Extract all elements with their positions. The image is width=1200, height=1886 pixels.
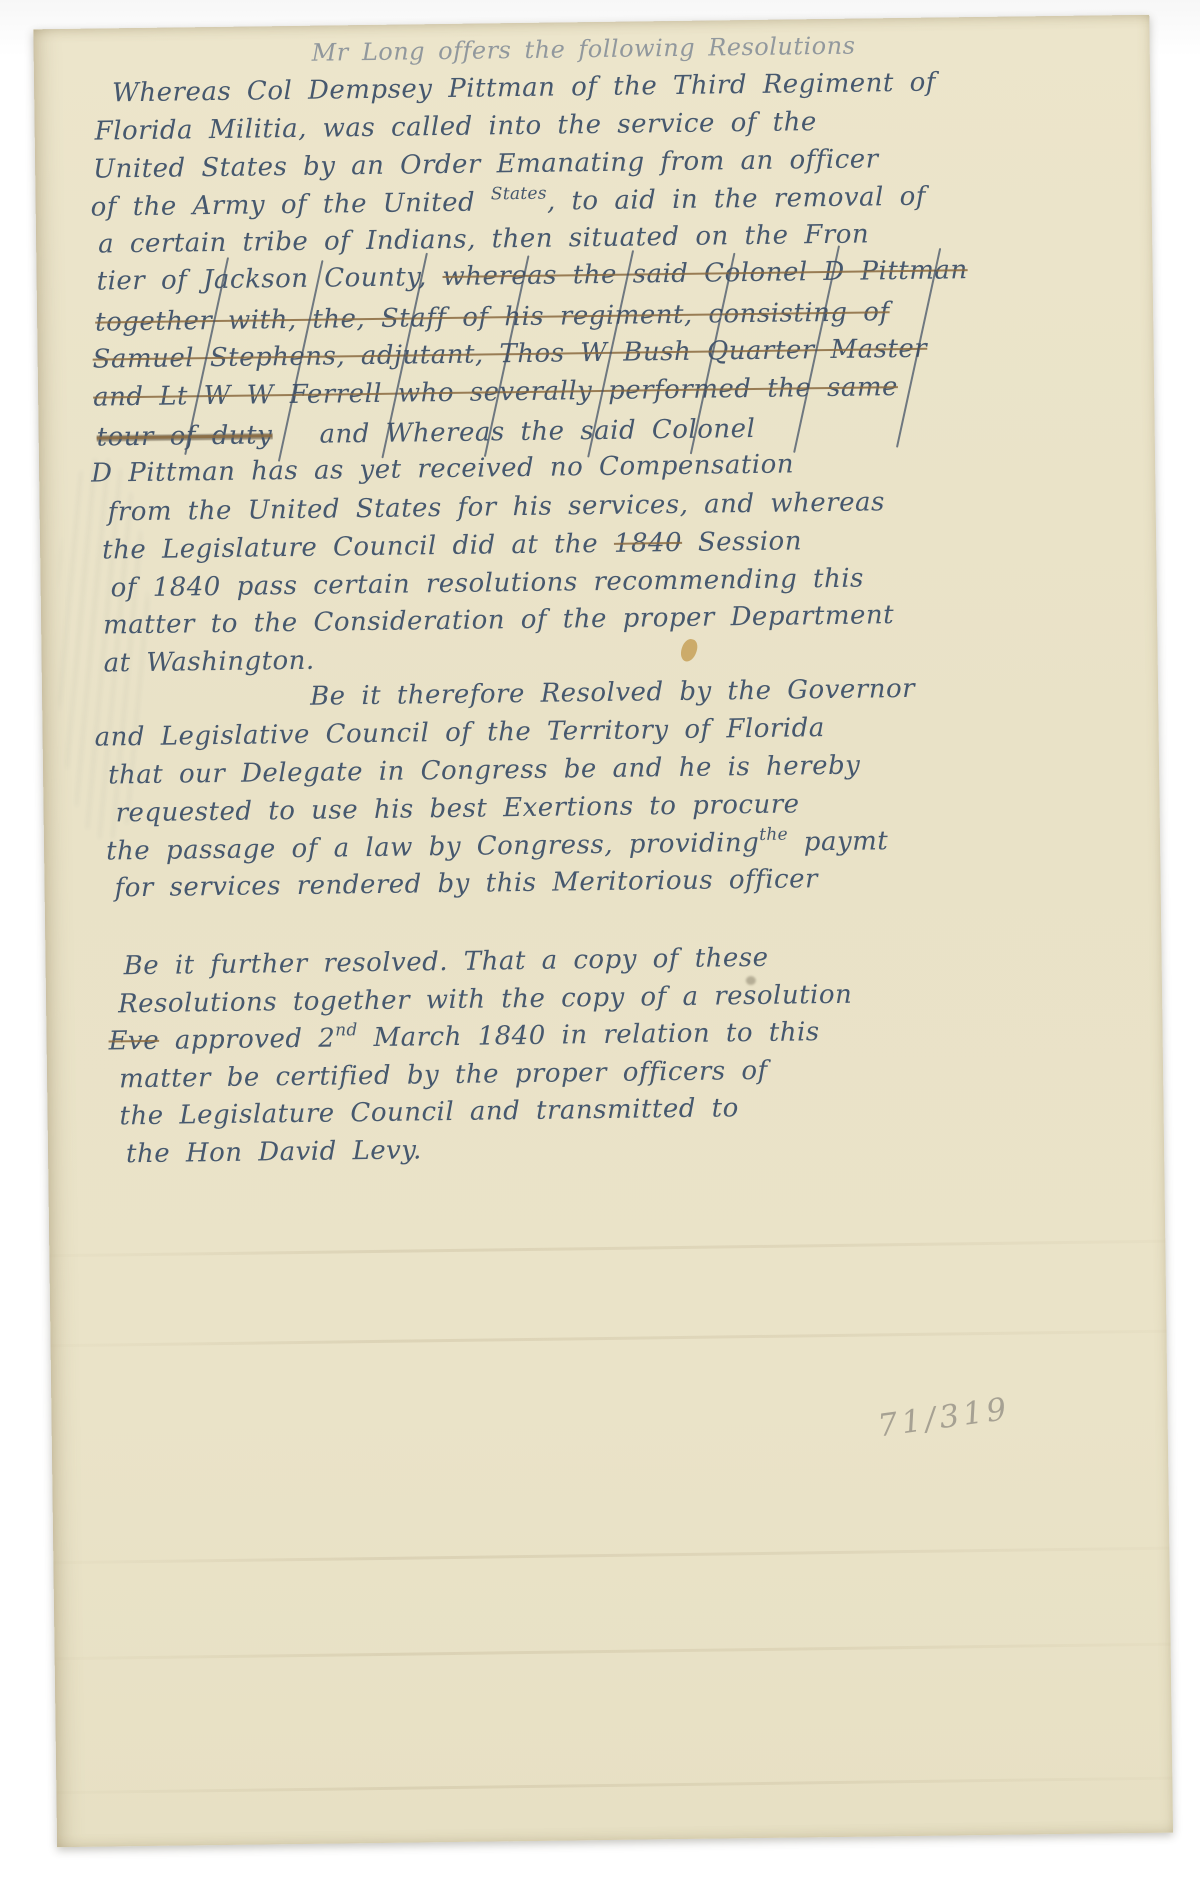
text-segment: , to aid in the removal of — [547, 182, 926, 217]
header-annotation: Mr Long offers the following Resolutions — [311, 29, 855, 70]
struck-text: Eve — [108, 1026, 159, 1057]
text-segment: the Legislature Council and transmitted … — [119, 1093, 739, 1131]
text-segment: the Legislature Council did at the — [102, 529, 614, 566]
handwritten-text-layer: Mr Long offers the following Resolutions… — [33, 15, 1173, 1847]
text-segment: D Pittman has as yet received no Compens… — [91, 449, 794, 488]
manuscript-line: matter to the Consideration of the prope… — [103, 598, 894, 642]
text-segment: Whereas Col Dempsey Pittman of the Third… — [112, 68, 936, 109]
text-segment: the Hon David Levy. — [126, 1135, 422, 1169]
text-segment: at Washington. — [103, 646, 314, 679]
manuscript-line: Florida Militia, was called into the ser… — [94, 105, 817, 148]
inserted-text: States — [491, 184, 547, 205]
manuscript-line: Whereas Col Dempsey Pittman of the Third… — [112, 66, 936, 111]
text-segment: matter be certified by the proper office… — [119, 1056, 768, 1094]
text-segment: Resolutions together with the copy of a … — [118, 980, 853, 1020]
manuscript-page: Mr Long offers the following Resolutions… — [33, 15, 1173, 1847]
text-segment: the passage of a law by Congress, provid… — [106, 828, 760, 867]
text-segment: from the United States for his services,… — [107, 487, 885, 527]
text-segment: United States by an Order Emanating from… — [93, 144, 879, 184]
manuscript-line: the Legislature Council did at the 1840 … — [102, 524, 802, 567]
text-segment: Session — [682, 526, 802, 558]
text-segment: requested to use his best Exertions to p… — [115, 789, 799, 828]
text-segment: and Whereas the said Colonel — [272, 414, 755, 450]
manuscript-line: of 1840 pass certain resolutions recomme… — [110, 562, 864, 606]
inserted-text: the — [759, 825, 788, 845]
manuscript-line: Be it therefore Resolved by the Governor — [310, 672, 915, 714]
text-segment: for services rendered by this Meritoriou… — [114, 864, 818, 903]
text-segment: and Legislative Council of the Territory… — [94, 713, 825, 753]
text-segment: that our Delegate in Congress be and he … — [108, 751, 861, 791]
manuscript-line: D Pittman has as yet received no Compens… — [91, 447, 794, 490]
text-segment: matter to the Consideration of the prope… — [103, 600, 894, 640]
struck-text: tour of duty — [96, 420, 272, 452]
manuscript-line: requested to use his best Exertions to p… — [115, 787, 799, 830]
inserted-text: nd — [335, 1020, 358, 1040]
text-segment: tier of Jackson County, — [96, 262, 442, 297]
text-segment: March 1840 in relation to this — [358, 1017, 820, 1053]
text-segment: Florida Militia, was called into the ser… — [94, 107, 816, 146]
manuscript-line: from the United States for his services,… — [107, 485, 885, 529]
manuscript-line: and Legislative Council of the Territory… — [94, 711, 825, 755]
manuscript-line: Resolutions together with the copy of a … — [118, 978, 853, 1022]
manuscript-line: at Washington. — [103, 644, 315, 681]
manuscript-line: United States by an Order Emanating from… — [93, 142, 879, 186]
text-segment: Be it further resolved. That a copy of t… — [123, 943, 768, 981]
manuscript-line: the Hon David Levy. — [126, 1133, 422, 1171]
text-segment: of the Army of the United — [90, 187, 491, 222]
text-segment: paymt — [788, 826, 889, 857]
text-segment: of 1840 pass certain resolutions recomme… — [110, 564, 864, 604]
manuscript-line: the Legislature Council and transmitted … — [119, 1091, 739, 1133]
struck-text: 1840 — [614, 528, 683, 559]
scanned-document-view: Mr Long offers the following Resolutions… — [0, 0, 1200, 1886]
text-segment: a certain tribe of Indians, then situate… — [98, 219, 869, 259]
manuscript-line: matter be certified by the proper office… — [119, 1054, 768, 1096]
manuscript-line: Be it further resolved. That a copy of t… — [123, 941, 768, 983]
manuscript-line: tour of duty and Whereas the said Colone… — [96, 412, 755, 455]
manuscript-line: that our Delegate in Congress be and he … — [108, 749, 861, 793]
text-segment: Be it therefore Resolved by the Governor — [310, 674, 915, 712]
text-segment: approved 2 — [159, 1024, 336, 1056]
